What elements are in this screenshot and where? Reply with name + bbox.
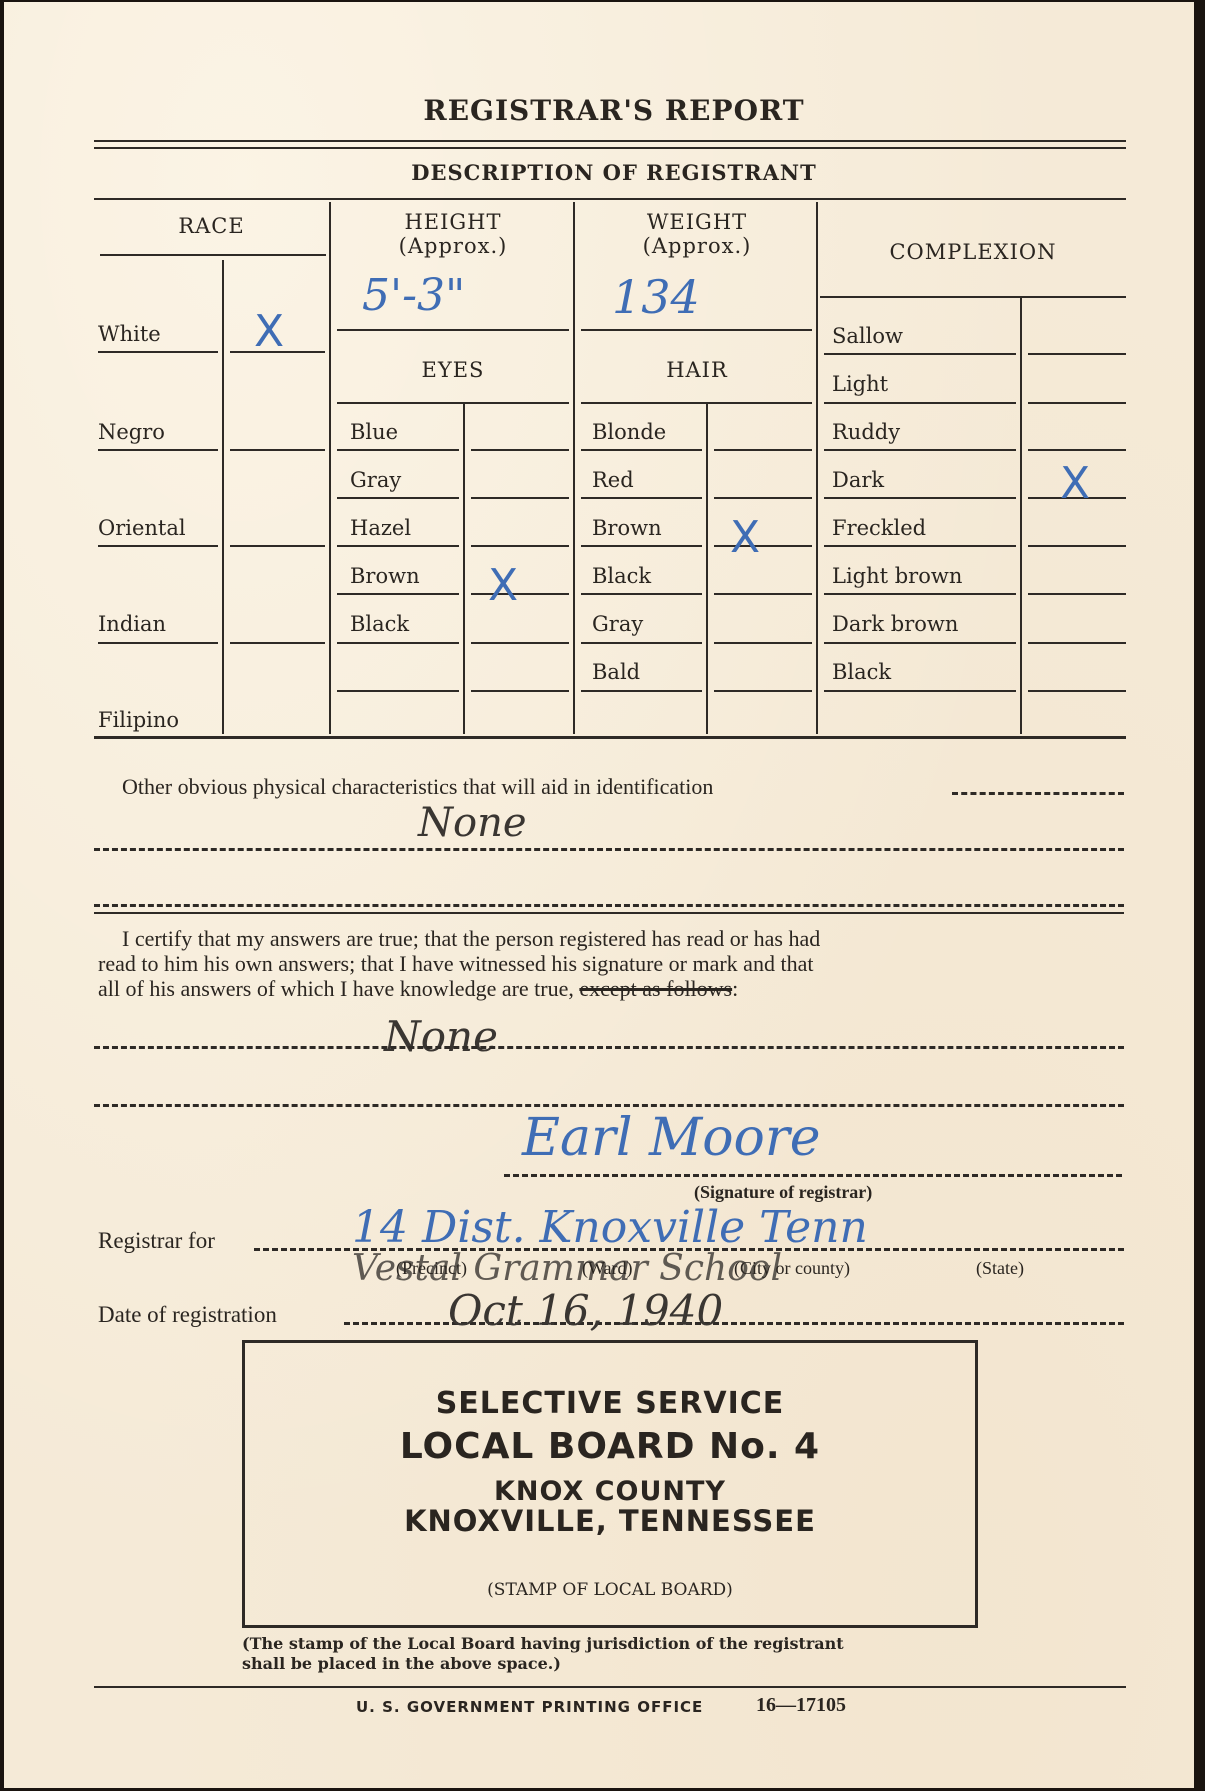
- col-divider-weight: [816, 202, 818, 734]
- hair-option-red: Red: [592, 468, 634, 492]
- stamp-note-line-2: shall be placed in the above space.): [242, 1654, 844, 1674]
- complexion-mark-rule: [1028, 449, 1126, 451]
- registrar-signature[interactable]: Earl Moore: [522, 1108, 820, 1168]
- race-mark-rule: [230, 545, 325, 547]
- race-white-checkbox[interactable]: X: [254, 310, 284, 354]
- race-oriental-checkbox[interactable]: [230, 498, 320, 542]
- complexion-option-light: Light: [832, 372, 888, 396]
- hair-row-rule: [581, 593, 702, 595]
- stamp-line-3: KNOX COUNTY: [242, 1476, 978, 1507]
- race-option-indian: Indian: [98, 612, 166, 636]
- other-characteristics-dots: [952, 792, 1124, 795]
- hair-option-black: Black: [592, 564, 651, 588]
- complexion-option-sallow: Sallow: [832, 324, 903, 348]
- printer-line: U. S. GOVERNMENT PRINTING OFFICE: [356, 1698, 703, 1716]
- complexion-mark-rule: [1028, 353, 1126, 355]
- complexion-mark-divider: [1020, 298, 1022, 734]
- race-mark-divider: [222, 260, 224, 734]
- stamp-line-1: SELECTIVE SERVICE: [242, 1386, 978, 1421]
- race-row-rule: [98, 351, 218, 353]
- stamp-note-line-1: (The stamp of the Local Board having jur…: [242, 1634, 844, 1654]
- table-bottom-rule: [94, 736, 1126, 739]
- eyes-mark-rule: [471, 449, 569, 451]
- complexion-header: COMPLEXION: [820, 240, 1126, 264]
- eyes-row-rule: [337, 690, 459, 692]
- title-rule-top: [94, 140, 1126, 142]
- complexion-option-ruddy: Ruddy: [832, 420, 900, 444]
- complexion-row-rule: [824, 642, 1016, 644]
- eyes-option-hazel: Hazel: [350, 516, 411, 540]
- section-title: DESCRIPTION OF REGISTRANT: [4, 160, 1205, 185]
- stamp-caption: (STAMP OF LOCAL BOARD): [242, 1580, 978, 1600]
- eyes-header-rule: [337, 402, 569, 404]
- eyes-option-black: Black: [350, 612, 409, 636]
- table-top-rule: [94, 198, 1126, 200]
- eyes-row-rule: [337, 593, 459, 595]
- hair-option-bald: Bald: [592, 660, 640, 684]
- eyes-row-rule: [337, 449, 459, 451]
- eyes-mark-rule: [471, 545, 569, 547]
- hair-option-gray: Gray: [592, 612, 643, 636]
- other-characteristics-label: Other obvious physical characteristics t…: [122, 774, 713, 799]
- certification-line-2: read to him his own answers; that I have…: [98, 951, 1128, 976]
- date-label: Date of registration: [98, 1302, 277, 1327]
- height-approx: (Approx.): [333, 234, 573, 258]
- weight-value[interactable]: 134: [612, 270, 700, 324]
- hair-mark-rule: [714, 545, 812, 547]
- certification-struck-text: except as follows: [579, 976, 732, 1001]
- complexion-option-light-brown: Light brown: [832, 564, 962, 588]
- race-option-oriental: Oriental: [98, 516, 186, 540]
- certification-line-3: all of his answers of which I have knowl…: [98, 976, 1128, 1001]
- eyes-mark-rule: [471, 497, 569, 499]
- hair-mark-rule: [714, 642, 812, 644]
- race-option-negro: Negro: [98, 420, 165, 444]
- title-rule-bottom: [94, 147, 1126, 149]
- exceptions-value[interactable]: None: [384, 1012, 498, 1061]
- height-value[interactable]: 5'-3": [362, 270, 465, 321]
- complexion-row-rule: [824, 593, 1016, 595]
- hair-row-rule: [581, 690, 702, 692]
- caption-ward: (Ward): [582, 1258, 633, 1279]
- signature-caption: (Signature of registrar): [694, 1182, 872, 1203]
- weight-approx: (Approx.): [577, 234, 817, 258]
- caption-state: (State): [976, 1258, 1024, 1279]
- race-row-rule: [98, 545, 218, 547]
- hair-option-brown: Brown: [592, 516, 662, 540]
- registrar-report-card: REGISTRAR'S REPORT DESCRIPTION OF REGIST…: [4, 2, 1194, 1788]
- complexion-option-dark-brown: Dark brown: [832, 612, 958, 636]
- certification-line-1: I certify that my answers are true; that…: [98, 926, 1128, 951]
- caption-precinct: (Precinct): [396, 1258, 467, 1279]
- hair-header: HAIR: [577, 358, 817, 382]
- complexion-mark-rule: [1028, 642, 1126, 644]
- stamp-line-4: KNOXVILLE, TENNESSEE: [242, 1504, 978, 1538]
- eyes-option-brown: Brown: [350, 564, 420, 588]
- complexion-option-freckled: Freckled: [832, 516, 926, 540]
- hair-mark-rule: [714, 690, 812, 692]
- exceptions-line: [94, 1046, 1124, 1049]
- race-mark-rule: [230, 449, 325, 451]
- complexion-row-rule: [824, 497, 1016, 499]
- registrar-for-value[interactable]: 14 Dist. Knoxville Tenn: [352, 1202, 868, 1253]
- eyes-brown-checkbox[interactable]: X: [488, 564, 518, 608]
- col-divider-race: [329, 202, 331, 734]
- eyes-mark-rule: [471, 642, 569, 644]
- caption-city-county: (City or county): [734, 1258, 850, 1279]
- stamp-note: (The stamp of the Local Board having jur…: [242, 1634, 844, 1674]
- hair-header-rule: [581, 402, 812, 404]
- hair-brown-checkbox[interactable]: X: [730, 516, 760, 560]
- hair-row-rule: [581, 545, 702, 547]
- height-rule: [337, 329, 569, 331]
- date-value[interactable]: Oct 16, 1940: [448, 1286, 723, 1335]
- complexion-mark-rule: [1028, 545, 1126, 547]
- eyes-mark-divider: [463, 404, 465, 734]
- weight-rule: [581, 329, 812, 331]
- other-characteristics-value[interactable]: None: [418, 800, 527, 846]
- eyes-mark-rule: [471, 690, 569, 692]
- eyes-row-rule: [337, 545, 459, 547]
- hair-mark-divider: [706, 404, 708, 734]
- complexion-mark-rule: [1028, 690, 1126, 692]
- form-number: 16—17105: [756, 1694, 846, 1717]
- race-filipino-checkbox[interactable]: [230, 690, 320, 730]
- complexion-row-rule: [824, 353, 1016, 355]
- hair-row-rule: [581, 449, 702, 451]
- weight-header: WEIGHT: [577, 210, 817, 234]
- complexion-row-rule: [824, 690, 1016, 692]
- hair-mark-rule: [714, 497, 812, 499]
- complexion-row-rule: [824, 449, 1016, 451]
- document-title: REGISTRAR'S REPORT: [4, 94, 1205, 127]
- hair-mark-rule: [714, 449, 812, 451]
- complexion-dark-checkbox[interactable]: X: [1060, 462, 1090, 506]
- eyes-row-rule: [337, 642, 459, 644]
- race-header: RACE: [94, 214, 329, 238]
- eyes-row-rule: [337, 497, 459, 499]
- certification-text: I certify that my answers are true; that…: [98, 926, 1128, 1001]
- hair-row-rule: [581, 642, 702, 644]
- race-negro-checkbox[interactable]: [230, 402, 320, 446]
- exceptions-line-2: [94, 1104, 1124, 1107]
- other-characteristics-line-2: [94, 904, 1124, 907]
- complexion-mark-rule: [1028, 402, 1126, 404]
- eyes-mark-rule: [471, 593, 569, 595]
- col-divider-height: [573, 202, 575, 734]
- eyes-option-blue: Blue: [350, 420, 398, 444]
- race-mark-rule: [230, 642, 325, 644]
- stamp-line-2: LOCAL BOARD No. 4: [242, 1426, 978, 1467]
- hair-row-rule: [581, 497, 702, 499]
- certification-line-3-text: all of his answers of which I have knowl…: [98, 976, 574, 1001]
- footer-rule: [94, 1686, 1126, 1688]
- race-row-rule: [98, 449, 218, 451]
- other-characteristics-line: [94, 848, 1124, 851]
- height-header: HEIGHT: [333, 210, 573, 234]
- complexion-mark-rule: [1028, 593, 1126, 595]
- complexion-row-rule: [824, 402, 1016, 404]
- race-header-rule: [100, 254, 326, 256]
- certification-colon: :: [732, 976, 738, 1001]
- race-option-white: White: [98, 322, 161, 346]
- eyes-option-gray: Gray: [350, 468, 401, 492]
- complexion-row-rule: [824, 545, 1016, 547]
- hair-mark-rule: [714, 593, 812, 595]
- eyes-header: EYES: [333, 358, 573, 382]
- complexion-option-black: Black: [832, 660, 891, 684]
- signature-line: [504, 1174, 1122, 1177]
- race-option-filipino: Filipino: [98, 708, 179, 732]
- race-row-rule: [98, 642, 218, 644]
- hair-option-blonde: Blonde: [592, 420, 666, 444]
- race-indian-checkbox[interactable]: [230, 594, 320, 638]
- complexion-header-rule: [820, 296, 1126, 298]
- complexion-option-dark: Dark: [832, 468, 884, 492]
- registrar-for-label: Registrar for: [98, 1228, 215, 1253]
- section-rule: [94, 912, 1124, 914]
